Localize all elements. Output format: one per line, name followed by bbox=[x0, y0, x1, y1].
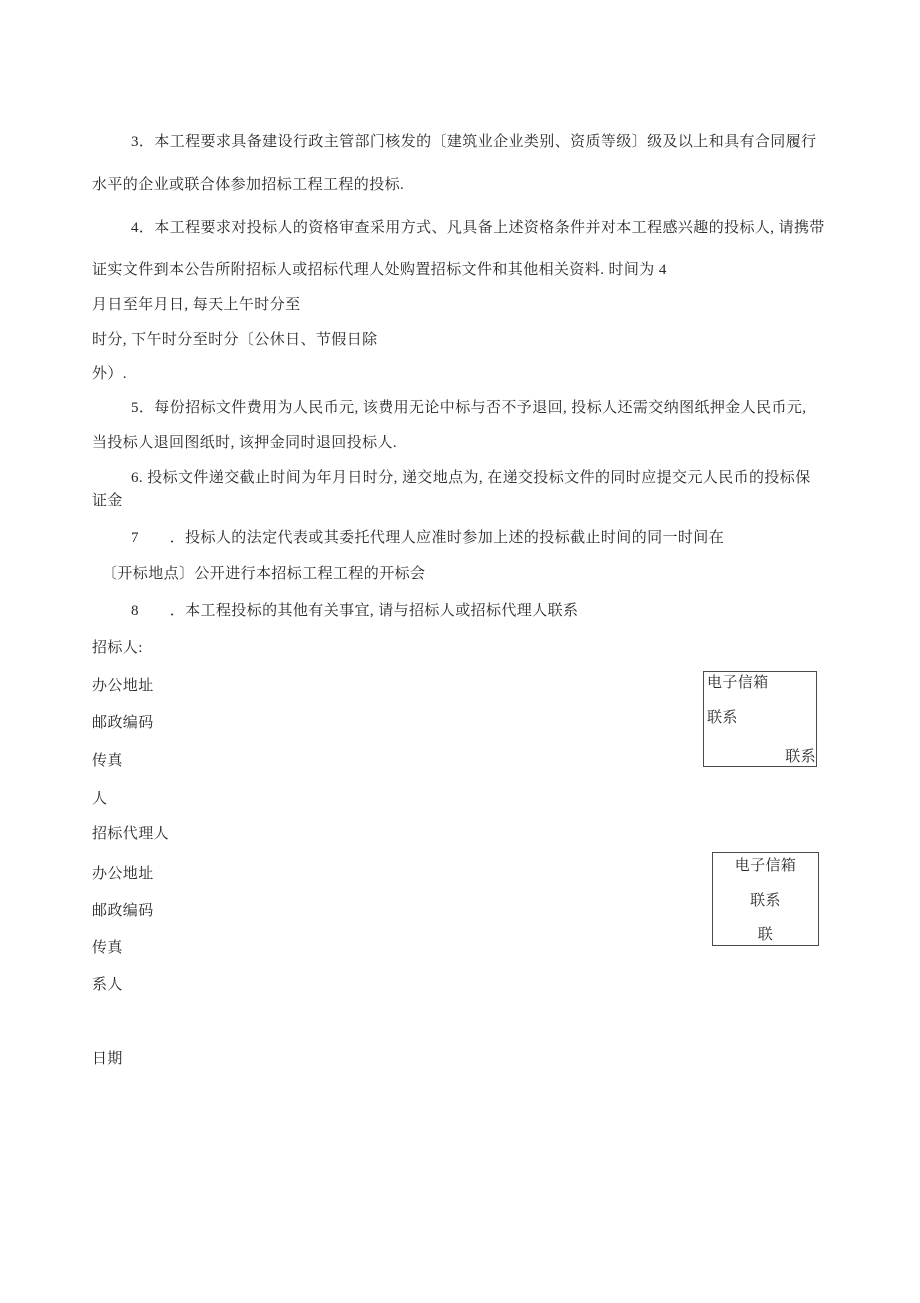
tenderer-label: 招标人: bbox=[92, 639, 143, 658]
para4-line2: 证实文件到本公告所附招标人或招标代理人处购置招标文件和其他相关资料. 时间为 4 bbox=[92, 261, 667, 280]
contact-person-tail-label: 人 bbox=[92, 790, 107, 809]
tenderer-contact-box: 电子信箱 联系 联系 bbox=[703, 671, 817, 767]
agent-contact-label: 联系 bbox=[713, 893, 818, 910]
agent-email-label: 电子信箱 bbox=[713, 858, 818, 875]
agent-label: 招标代理人 bbox=[92, 825, 169, 844]
para5-line2: 当投标人退回图纸时, 该押金同时退回投标人. bbox=[92, 434, 397, 453]
agent-office-address-label: 办公地址 bbox=[92, 865, 154, 884]
para3-line1: 3．本工程要求具备建设行政主管部门核发的〔建筑业企业类别、资质等级〕级及以上和具… bbox=[131, 133, 817, 152]
agent-contact-person-tail-label: 系人 bbox=[92, 976, 123, 995]
para4-line4: 时分, 下午时分至时分〔公休日、节假日除 bbox=[92, 331, 378, 350]
agent-postal-code-label: 邮政编码 bbox=[92, 902, 154, 921]
tenderer-email-label: 电子信箱 bbox=[707, 675, 769, 692]
para8-line1: 8 ．本工程投标的其他有关事宜, 请与招标人或招标代理人联系 bbox=[131, 602, 578, 621]
agent-fax-label: 传真 bbox=[92, 939, 123, 958]
para4-line1: 4．本工程要求对投标人的资格审查采用方式、凡具备上述资格条件并对本工程感兴趣的投… bbox=[131, 219, 825, 238]
tenderer-contact-tail-label: 联系 bbox=[785, 749, 816, 766]
para4-line3: 月日至年月日, 每天上午时分至 bbox=[92, 296, 301, 315]
tenderer-contact-label: 联系 bbox=[707, 710, 738, 727]
para5-line1: 5．每份招标文件费用为人民币元, 该费用无论中标与否不予退回, 投标人还需交纳图… bbox=[131, 399, 806, 418]
document-page: 3．本工程要求具备建设行政主管部门核发的〔建筑业企业类别、资质等级〕级及以上和具… bbox=[0, 0, 920, 1303]
para6-line2: 证金 bbox=[92, 492, 123, 511]
agent-contact-tail-label: 联 bbox=[713, 927, 818, 944]
para6-line1: 6. 投标文件递交截止时间为年月日时分, 递交地点为, 在递交投标文件的同时应提… bbox=[131, 469, 811, 488]
para7-line1: 7 ．投标人的法定代表或其委托代理人应准时参加上述的投标截止时间的同一时间在 bbox=[131, 529, 724, 548]
office-address-label: 办公地址 bbox=[92, 677, 154, 696]
date-label: 日期 bbox=[92, 1050, 123, 1069]
postal-code-label: 邮政编码 bbox=[92, 714, 154, 733]
para4-line5: 外）. bbox=[92, 365, 127, 384]
agent-contact-box: 电子信箱 联系 联 bbox=[712, 852, 819, 946]
para3-line2: 水平的企业或联合体参加招标工程工程的投标. bbox=[92, 176, 404, 195]
fax-label: 传真 bbox=[92, 752, 123, 771]
para7-line2: 〔开标地点〕公开进行本招标工程工程的开标会 bbox=[102, 565, 425, 584]
